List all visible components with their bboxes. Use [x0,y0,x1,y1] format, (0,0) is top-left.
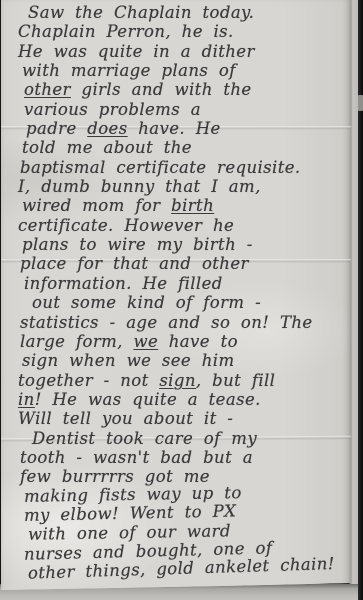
handwriting-line: tooth - wasn't bad but a [16,448,349,467]
handwriting-line: Saw the Chaplain today. [16,3,349,22]
handwriting-line: plans to wire my birth - [16,235,349,254]
handwriting-line: I, dumb bunny that I am, [16,177,349,196]
handwriting-line: large form, we have to [16,332,349,351]
handwriting-line: baptismal certificate requisite. [16,158,349,177]
handwriting-line: information. He filled [16,274,349,293]
handwriting-line: with marriage plans of [16,61,349,80]
handwriting-line: padre does have. He [16,119,349,138]
handwriting-line: Dentist took care of my [16,429,349,448]
handwriting-line: Will tell you about it - [16,409,349,428]
handwriting-line: sign when we see him [16,351,349,370]
handwriting-line: together - not sign, but fill [16,371,349,390]
handwriting-line: certificate. However he [16,216,349,235]
handwriting-lines: Saw the Chaplain today.Chaplain Perron, … [16,3,349,583]
handwriting-line: in! He was quite a tease. [16,390,349,409]
scan-edge-notch [358,95,363,111]
handwriting-line: told me about the [16,138,349,157]
handwriting-line: out some kind of form - [16,293,349,312]
handwriting-line: other girls and with the [16,80,349,99]
handwriting-line: various problems a [16,100,349,119]
handwriting-line: place for that and other [16,254,349,273]
scan-edge-right [358,0,363,600]
letter-page: Saw the Chaplain today.Chaplain Perron, … [1,0,351,600]
scanned-letter: Saw the Chaplain today.Chaplain Perron, … [0,0,363,600]
handwriting-line: He was quite in a dither [16,42,349,61]
handwriting-line: statistics - age and so on! The [16,313,349,332]
handwriting-line: wired mom for birth [16,196,349,215]
handwriting-line: Chaplain Perron, he is. [16,22,349,41]
